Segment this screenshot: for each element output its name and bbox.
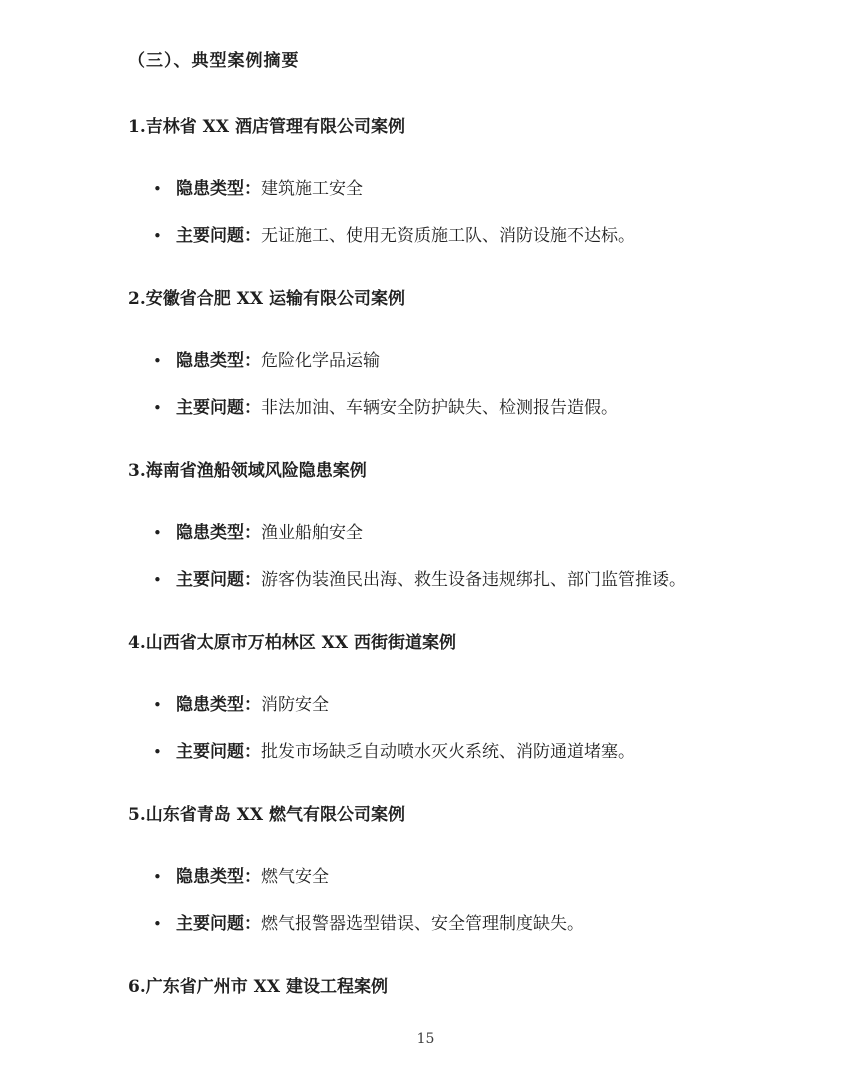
- bullet-text: 建筑施工安全: [261, 179, 363, 199]
- case-section-1: 1.吉林省 XX 酒店管理有限公司案例 隐患类型：建筑施工安全 主要问题：无证施…: [128, 118, 731, 245]
- bullet-label: 隐患类型：: [176, 179, 261, 199]
- document-page: （三）、典型案例摘要 1.吉林省 XX 酒店管理有限公司案例 隐患类型：建筑施工…: [0, 0, 851, 1084]
- list-item: 隐患类型：危险化学品运输: [128, 352, 731, 370]
- case-title: 2.安徽省合肥 XX 运输有限公司案例: [128, 290, 731, 308]
- bullet-label: 主要问题：: [176, 914, 261, 934]
- list-item: 隐患类型：渔业船舶安全: [128, 524, 731, 542]
- bullet-icon: [153, 352, 167, 370]
- list-item: 主要问题：游客伪装渔民出海、救生设备违规绑扎、部门监管推诿。: [128, 571, 731, 589]
- case-bullet-list: 隐患类型：渔业船舶安全 主要问题：游客伪装渔民出海、救生设备违规绑扎、部门监管推…: [128, 524, 731, 589]
- list-item: 主要问题：无证施工、使用无资质施工队、消防设施不达标。: [128, 227, 731, 245]
- bullet-label: 隐患类型：: [176, 867, 261, 887]
- case-section-4: 4.山西省太原市万柏林区 XX 西街街道案例 隐患类型：消防安全 主要问题：批发…: [128, 634, 731, 761]
- list-item: 隐患类型：消防安全: [128, 696, 731, 714]
- list-item: 隐患类型：建筑施工安全: [128, 180, 731, 198]
- bullet-icon: [153, 915, 167, 933]
- bullet-label: 隐患类型：: [176, 523, 261, 543]
- list-item: 隐患类型：燃气安全: [128, 868, 731, 886]
- list-item: 主要问题：燃气报警器选型错误、安全管理制度缺失。: [128, 915, 731, 933]
- bullet-text: 渔业船舶安全: [261, 523, 363, 543]
- bullet-text: 批发市场缺乏自动喷水灭火系统、消防通道堵塞。: [261, 742, 635, 762]
- bullet-text: 无证施工、使用无资质施工队、消防设施不达标。: [261, 226, 635, 246]
- page-number: 15: [0, 1031, 851, 1047]
- bullet-label: 主要问题：: [176, 226, 261, 246]
- bullet-text: 危险化学品运输: [261, 351, 380, 371]
- bullet-icon: [153, 399, 167, 417]
- bullet-icon: [153, 180, 167, 198]
- bullet-text: 游客伪装渔民出海、救生设备违规绑扎、部门监管推诿。: [261, 570, 686, 590]
- bullet-label: 隐患类型：: [176, 351, 261, 371]
- case-bullet-list: 隐患类型：危险化学品运输 主要问题：非法加油、车辆安全防护缺失、检测报告造假。: [128, 352, 731, 417]
- bullet-label: 主要问题：: [176, 398, 261, 418]
- bullet-text: 非法加油、车辆安全防护缺失、检测报告造假。: [261, 398, 618, 418]
- case-section-2: 2.安徽省合肥 XX 运输有限公司案例 隐患类型：危险化学品运输 主要问题：非法…: [128, 290, 731, 417]
- bullet-text: 燃气报警器选型错误、安全管理制度缺失。: [261, 914, 584, 934]
- case-title: 4.山西省太原市万柏林区 XX 西街街道案例: [128, 634, 731, 652]
- case-title: 5.山东省青岛 XX 燃气有限公司案例: [128, 806, 731, 824]
- case-title: 3.海南省渔船领域风险隐患案例: [128, 462, 731, 480]
- case-bullet-list: 隐患类型：消防安全 主要问题：批发市场缺乏自动喷水灭火系统、消防通道堵塞。: [128, 696, 731, 761]
- bullet-icon: [153, 227, 167, 245]
- bullet-text: 消防安全: [261, 695, 329, 715]
- case-bullet-list: 隐患类型：燃气安全 主要问题：燃气报警器选型错误、安全管理制度缺失。: [128, 868, 731, 933]
- case-section-6: 6.广东省广州市 XX 建设工程案例: [128, 978, 731, 996]
- case-title: 1.吉林省 XX 酒店管理有限公司案例: [128, 118, 731, 136]
- section-heading: （三）、典型案例摘要: [128, 52, 731, 70]
- bullet-label: 主要问题：: [176, 742, 261, 762]
- case-bullet-list: 隐患类型：建筑施工安全 主要问题：无证施工、使用无资质施工队、消防设施不达标。: [128, 180, 731, 245]
- case-section-5: 5.山东省青岛 XX 燃气有限公司案例 隐患类型：燃气安全 主要问题：燃气报警器…: [128, 806, 731, 933]
- bullet-label: 隐患类型：: [176, 695, 261, 715]
- bullet-label: 主要问题：: [176, 570, 261, 590]
- bullet-icon: [153, 571, 167, 589]
- list-item: 主要问题：非法加油、车辆安全防护缺失、检测报告造假。: [128, 399, 731, 417]
- bullet-text: 燃气安全: [261, 867, 329, 887]
- list-item: 主要问题：批发市场缺乏自动喷水灭火系统、消防通道堵塞。: [128, 743, 731, 761]
- bullet-icon: [153, 868, 167, 886]
- bullet-icon: [153, 696, 167, 714]
- bullet-icon: [153, 743, 167, 761]
- bullet-icon: [153, 524, 167, 542]
- case-section-3: 3.海南省渔船领域风险隐患案例 隐患类型：渔业船舶安全 主要问题：游客伪装渔民出…: [128, 462, 731, 589]
- case-title: 6.广东省广州市 XX 建设工程案例: [128, 978, 731, 996]
